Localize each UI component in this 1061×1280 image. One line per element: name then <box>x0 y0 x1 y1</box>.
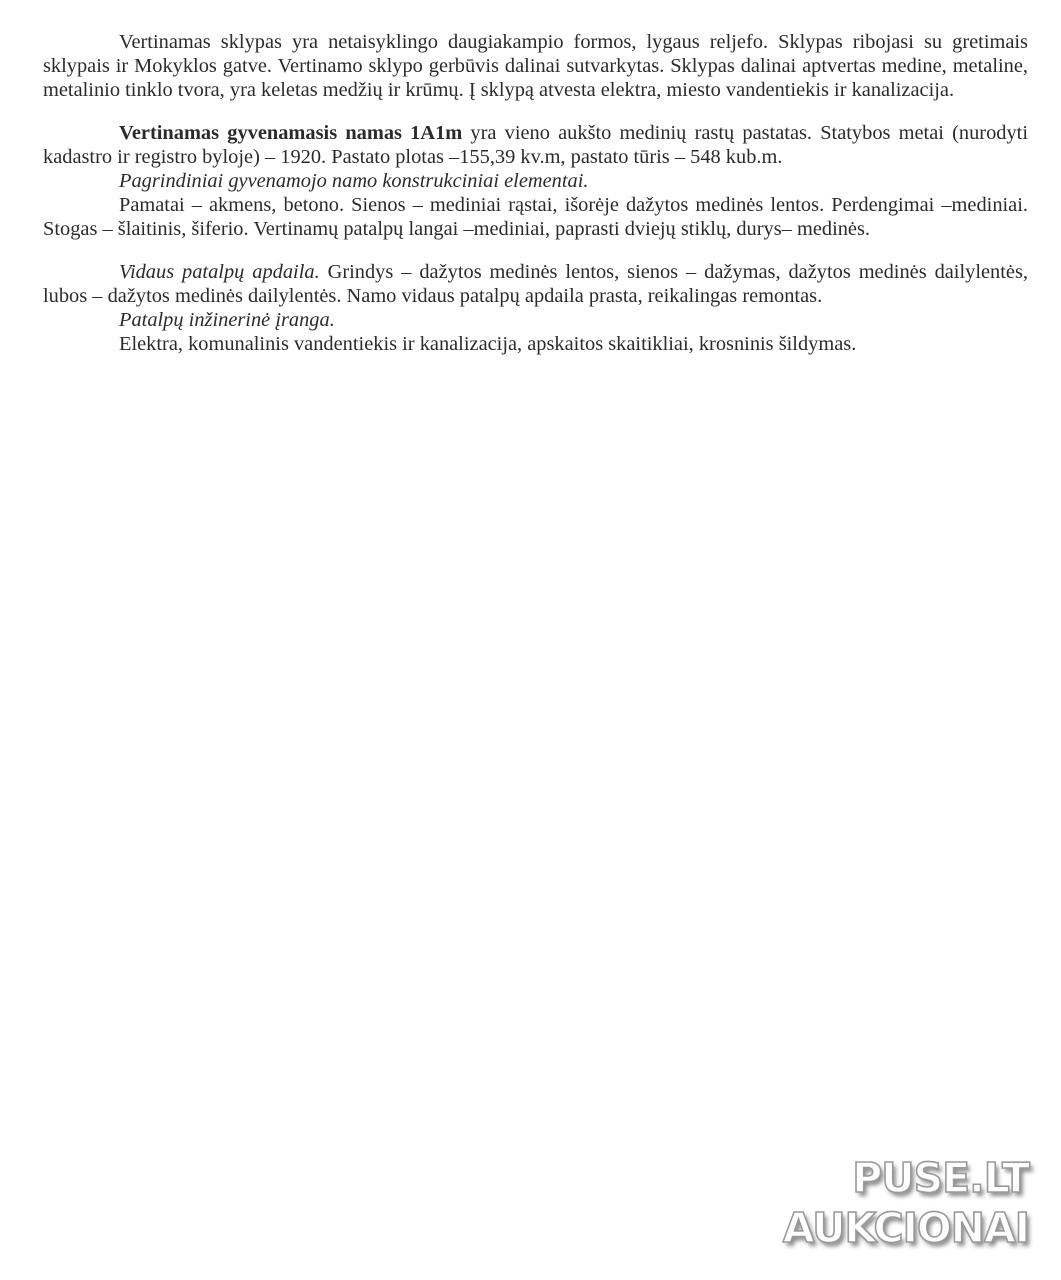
watermark-logo: PUSE.LT AUKCIONAI <box>783 1153 1029 1253</box>
house-description-paragraph: Vertinamas gyvenamasis namas 1A1m yra vi… <box>43 121 1028 169</box>
house-description-lead: Vertinamas gyvenamasis namas 1A1m <box>119 122 462 144</box>
paragraph-spacer <box>43 241 1028 260</box>
structure-paragraph: Pamatai – akmens, betono. Sienos – medin… <box>43 193 1028 241</box>
plot-description-text: Vertinamas sklypas yra netaisyklingo dau… <box>43 31 1028 101</box>
watermark-line-2: AUKCIONAI <box>783 1203 1029 1253</box>
engineering-heading: Patalpų inžinerinė įranga. <box>43 308 1028 332</box>
structure-heading-text: Pagrindiniai gyvenamojo namo konstrukcin… <box>119 170 588 192</box>
engineering-text: Elektra, komunalinis vandentiekis ir kan… <box>119 333 856 355</box>
watermark-line-1: PUSE.LT <box>783 1153 1029 1203</box>
interior-lead: Vidaus patalpų apdaila. <box>119 261 320 283</box>
structure-text: Pamatai – akmens, betono. Sienos – medin… <box>43 194 1028 240</box>
structure-heading: Pagrindiniai gyvenamojo namo konstrukcin… <box>43 169 1028 193</box>
engineering-paragraph: Elektra, komunalinis vandentiekis ir kan… <box>43 332 1028 356</box>
engineering-heading-text: Patalpų inžinerinė įranga. <box>119 309 335 331</box>
document-page: Vertinamas sklypas yra netaisyklingo dau… <box>43 30 1028 356</box>
plot-description-paragraph: Vertinamas sklypas yra netaisyklingo dau… <box>43 30 1028 102</box>
interior-paragraph: Vidaus patalpų apdaila. Grindys – dažyto… <box>43 260 1028 308</box>
paragraph-spacer <box>43 102 1028 121</box>
